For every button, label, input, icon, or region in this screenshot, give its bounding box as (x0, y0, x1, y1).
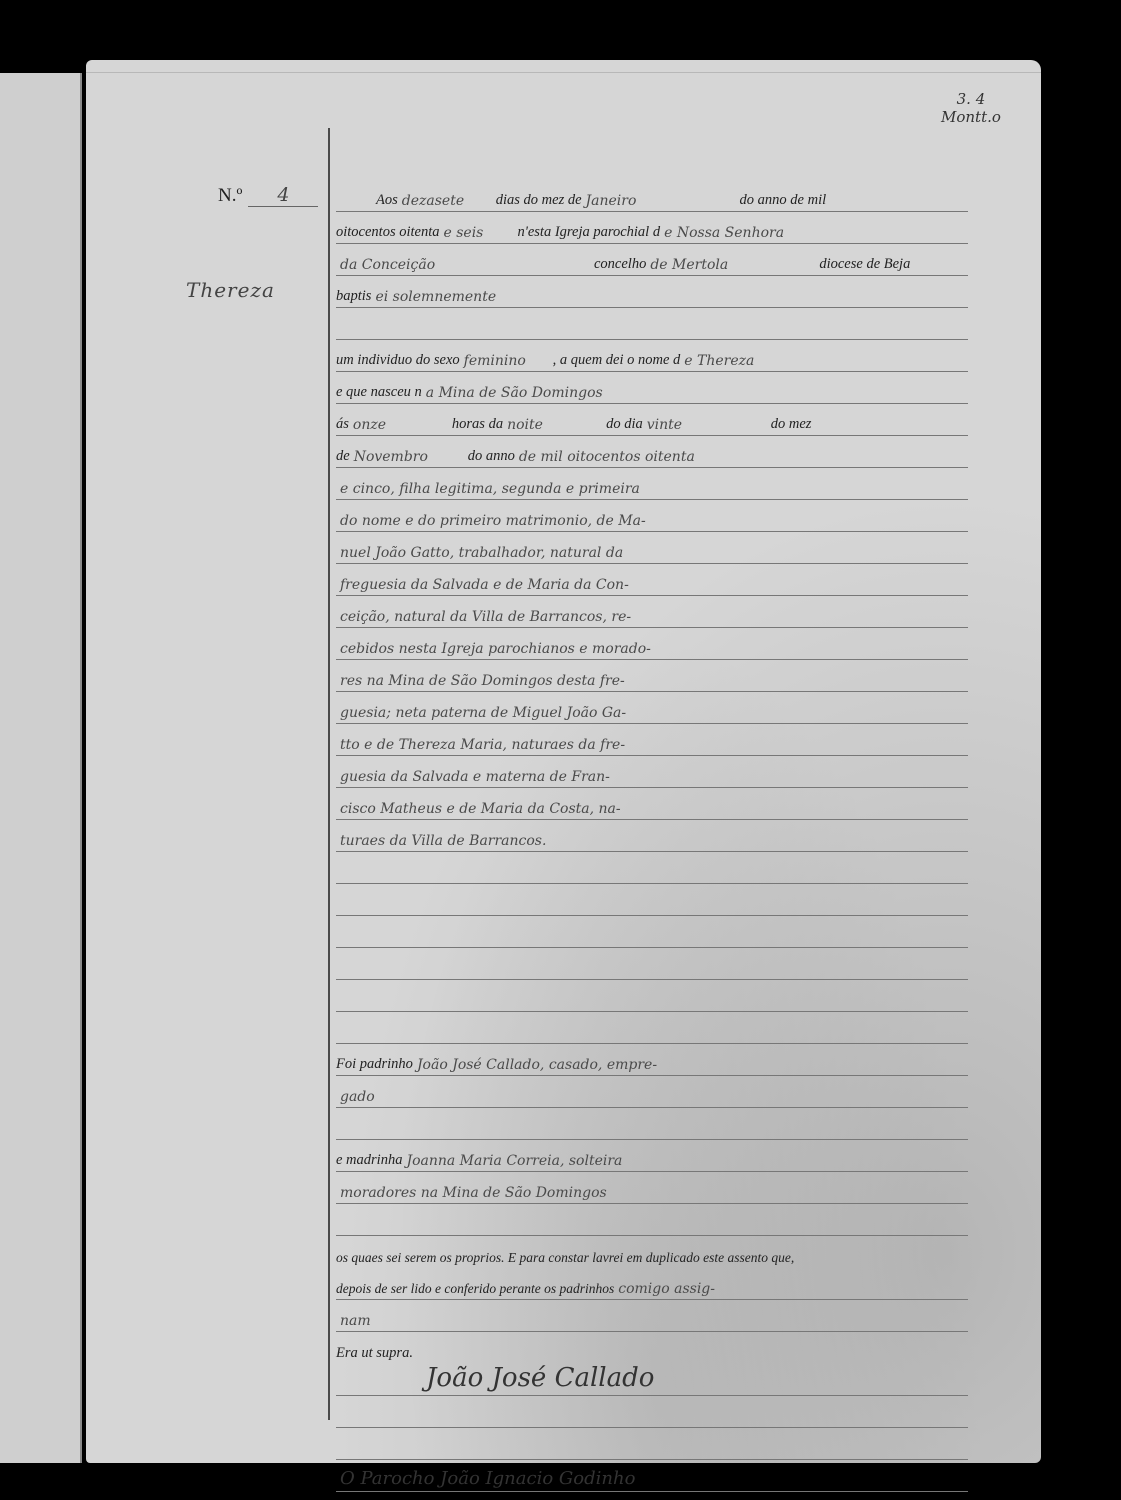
godfather-line: Foi padrinho João José Callado, casado, … (336, 1044, 968, 1076)
entry-number-label: N.º (218, 185, 242, 206)
entry-number: N.º 4 (218, 184, 318, 207)
handwritten-text: nam (336, 1313, 375, 1329)
printed-text: os quaes sei serem os proprios. E para c… (336, 1250, 794, 1266)
blank-ruled-line (336, 1012, 968, 1044)
handwritten-line: freguesia da Salvada e de Maria da Con- (336, 564, 968, 596)
handwritten-birthplace: a Mina de São Domingos (422, 385, 607, 401)
margin-child-name: Thereza (186, 278, 275, 302)
handwritten-text: guesia da Salvada e materna de Fran- (336, 769, 614, 785)
handwritten-line: do nome e do primeiro matrimonio, de Ma- (336, 500, 968, 532)
handwritten-hour: onze (349, 417, 452, 433)
handwritten-text: freguesia da Salvada e de Maria da Con- (336, 577, 633, 593)
handwritten-text: tto e de Thereza Maria, naturaes da fre- (336, 737, 629, 753)
blank-ruled-line (336, 852, 968, 884)
handwritten-baptism-type: ei solemnemente (371, 289, 500, 305)
entry-line: oitocentos oitenta e seis n'esta Igreja … (336, 212, 968, 244)
printed-text: de (336, 448, 350, 465)
handwritten-godmother: Joanna Maria Correia, solteira (402, 1153, 626, 1169)
handwritten-text: e cinco, filha legitima, segunda e prime… (336, 481, 644, 497)
printed-text: do anno (468, 448, 515, 465)
printed-text: depois de ser lido e conferido perante o… (336, 1281, 614, 1297)
entry-line: baptis ei solemnemente (336, 276, 968, 308)
godfather-signature: João José Callado (336, 1363, 658, 1393)
printed-text: baptis (336, 288, 371, 305)
handwritten-text: do nome e do primeiro matrimonio, de Ma- (336, 513, 650, 529)
closing-line: os quaes sei serem os proprios. E para c… (336, 1236, 968, 1268)
printed-text: ás (336, 416, 349, 433)
printed-text: do mez (771, 416, 812, 433)
entry-line: um individuo do sexo feminino , a quem d… (336, 340, 968, 372)
handwritten-given-name: e Thereza (680, 353, 758, 369)
handwritten-line: guesia; neta paterna de Miguel João Ga- (336, 692, 968, 724)
era-line: Era ut supra. (336, 1332, 968, 1364)
margin-rule (328, 128, 330, 1420)
printed-text: do dia (606, 416, 643, 433)
handwritten-month: Janeiro (582, 193, 740, 209)
era-ut-supra: Era ut supra. (336, 1345, 413, 1362)
blank-ruled-line (336, 948, 968, 980)
entry-body: Aos dezasete dias do mez de Janeiro do a… (336, 180, 968, 1492)
handwritten-parish: e Nossa Senhora (660, 225, 788, 241)
handwritten-godmother-cont: moradores na Mina de São Domingos (336, 1185, 611, 1201)
handwritten-text: turaes da Villa de Barrancos. (336, 833, 550, 849)
handwritten-text: cisco Matheus e de Maria da Costa, na- (336, 801, 625, 817)
handwritten-text: ceição, natural da Villa de Barrancos, r… (336, 609, 635, 625)
printed-text: dias do mez de (496, 192, 582, 209)
handwritten-birth-day: vinte (643, 417, 771, 433)
handwritten-line: cisco Matheus e de Maria da Costa, na- (336, 788, 968, 820)
closing-line: depois de ser lido e conferido perante o… (336, 1268, 968, 1300)
handwritten-parish-cont: da Conceição (336, 257, 594, 273)
signature-line: João José Callado (336, 1364, 968, 1396)
printed-text: diocese de Beja (819, 256, 910, 273)
handwritten-godfather: João José Callado, casado, empre- (413, 1057, 661, 1073)
entry-number-value: 4 (248, 184, 318, 207)
register-page: 3. 4 Montt.o N.º 4 Thereza Aos dezasete … (86, 60, 1041, 1463)
printed-text: e que nasceu n (336, 384, 422, 401)
entry-line-blank (336, 308, 968, 340)
facing-page-edge (0, 73, 82, 1463)
handwritten-line: e cinco, filha legitima, segunda e prime… (336, 468, 968, 500)
handwritten-line: tto e de Thereza Maria, naturaes da fre- (336, 724, 968, 756)
handwritten-text: nuel João Gatto, trabalhador, natural da (336, 545, 627, 561)
blank-ruled-line (336, 916, 968, 948)
printed-text: n'esta Igreja parochial d (518, 224, 661, 241)
godmother-line: e madrinha Joanna Maria Correia, solteir… (336, 1140, 968, 1172)
entry-line: ás onze horas da noite do dia vinte do m… (336, 404, 968, 436)
handwritten-birth-month: Novembro (350, 449, 468, 465)
handwritten-municipality: de Mertola (646, 257, 819, 273)
printed-text: do anno de mil (740, 192, 827, 209)
blank-ruled-line (336, 1428, 968, 1460)
signature-line: O Parocho João Ignacio Godinho (336, 1460, 968, 1492)
handwritten-day: dezasete (398, 193, 496, 209)
handwritten-godfather-cont: gado (336, 1089, 379, 1105)
blank-ruled-line (336, 1108, 968, 1140)
handwritten-line: nuel João Gatto, trabalhador, natural da (336, 532, 968, 564)
handwritten-sex: feminino (460, 353, 553, 369)
closing-line: nam (336, 1300, 968, 1332)
handwritten-text: guesia; neta paterna de Miguel João Ga- (336, 705, 630, 721)
corner-annotation: 3. 4 Montt.o (941, 90, 1001, 126)
priest-signature: O Parocho João Ignacio Godinho (336, 1468, 639, 1489)
godfather-line-cont: gado (336, 1076, 968, 1108)
handwritten-line: cebidos nesta Igreja parochianos e morad… (336, 628, 968, 660)
entry-line: e que nasceu n a Mina de São Domingos (336, 372, 968, 404)
handwritten-line: guesia da Salvada e materna de Fran- (336, 756, 968, 788)
printed-text: um individuo do sexo (336, 352, 460, 369)
blank-ruled-line (336, 1396, 968, 1428)
handwritten-text: cebidos nesta Igreja parochianos e morad… (336, 641, 655, 657)
corner-annotation-line-2: Montt.o (941, 108, 1001, 126)
handwritten-year: e seis (440, 225, 518, 241)
handwritten-line: ceição, natural da Villa de Barrancos, r… (336, 596, 968, 628)
blank-ruled-line (336, 884, 968, 916)
entry-line: Aos dezasete dias do mez de Janeiro do a… (336, 180, 968, 212)
printed-text: oitocentos oitenta (336, 224, 440, 241)
printed-text: Foi padrinho (336, 1056, 413, 1073)
entry-line: de Novembro do anno de mil oitocentos oi… (336, 436, 968, 468)
printed-text: , a quem dei o nome d (553, 352, 681, 369)
page-top-edge (86, 60, 1041, 73)
handwritten-line: turaes da Villa de Barrancos. (336, 820, 968, 852)
handwritten-line: res na Mina de São Domingos desta fre- (336, 660, 968, 692)
corner-annotation-line-1: 3. 4 (941, 90, 1001, 108)
godmother-line-cont: moradores na Mina de São Domingos (336, 1172, 968, 1204)
printed-text: horas da (452, 416, 503, 433)
blank-ruled-line (336, 1204, 968, 1236)
printed-text: Aos (376, 192, 398, 209)
handwritten-birth-year: de mil oitocentos oitenta (515, 449, 699, 465)
printed-text: e madrinha (336, 1152, 402, 1169)
handwritten-text: comigo assig- (614, 1281, 719, 1297)
printed-text: concelho (594, 256, 646, 273)
entry-line: da Conceição concelho de Mertola diocese… (336, 244, 968, 276)
handwritten-text: res na Mina de São Domingos desta fre- (336, 673, 629, 689)
handwritten-time-of-day: noite (503, 417, 606, 433)
blank-ruled-line (336, 980, 968, 1012)
